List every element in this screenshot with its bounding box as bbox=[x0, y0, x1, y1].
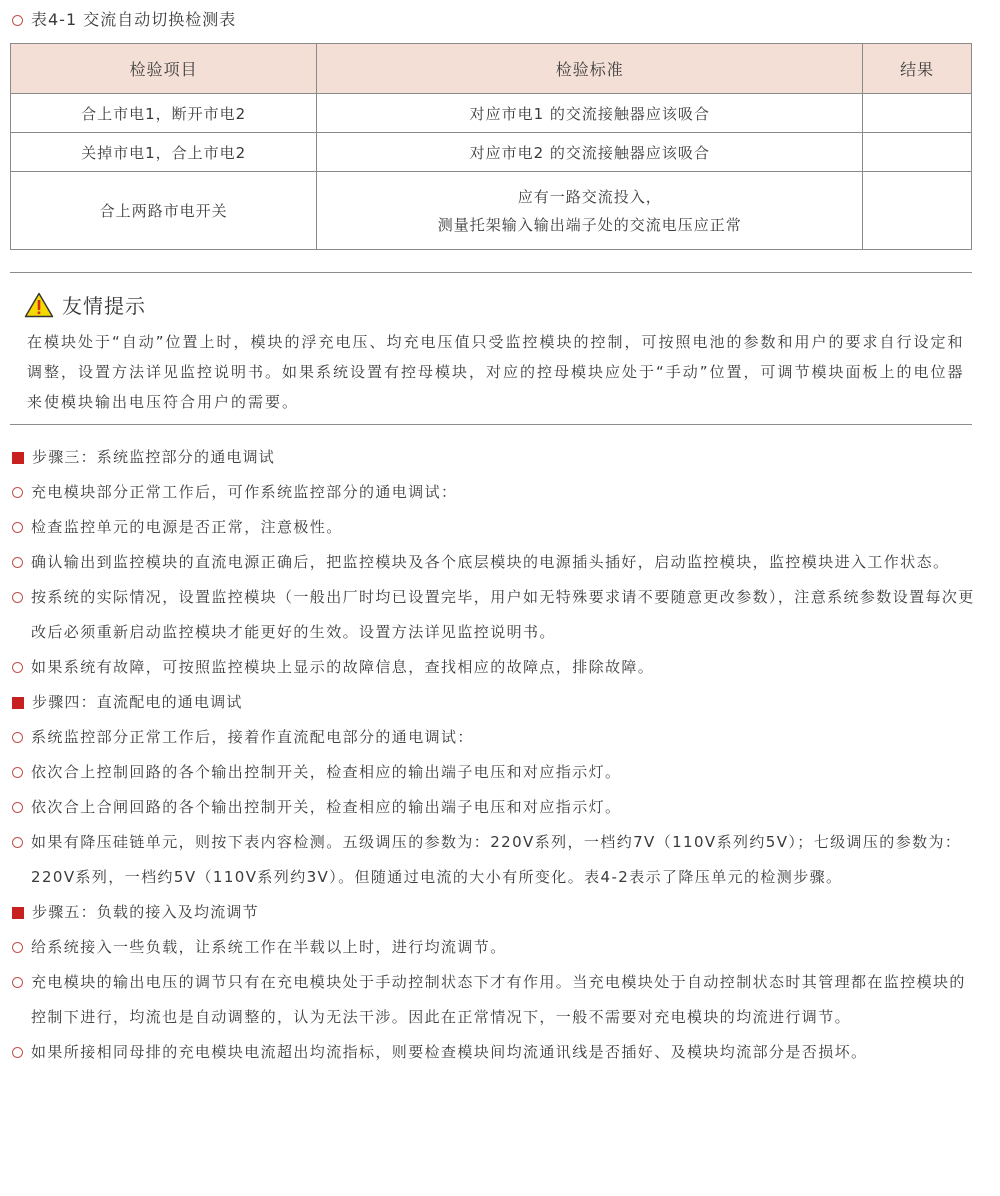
list-item: 依次合上合闸回路的各个输出控制开关，检查相应的输出端子电压和对应指示灯。 bbox=[12, 790, 977, 825]
square-bullet-icon bbox=[12, 452, 24, 464]
circle-bullet-icon bbox=[12, 487, 23, 498]
cell-standard: 对应市电2 的交流接触器应该吸合 bbox=[317, 133, 863, 172]
cell-item: 合上两路市电开关 bbox=[11, 172, 317, 250]
circle-bullet-icon bbox=[12, 15, 23, 26]
divider-bottom bbox=[10, 424, 972, 425]
cell-standard: 对应市电1 的交流接触器应该吸合 bbox=[317, 94, 863, 133]
section-heading: 步骤五：负载的接入及均流调节 bbox=[12, 895, 977, 930]
list-item: 充电模块的输出电压的调节只有在充电模块处于手动控制状态下才有作用。当充电模块处于… bbox=[12, 965, 977, 1035]
circle-bullet-icon bbox=[12, 557, 23, 568]
tip-body: 在模块处于“自动”位置上时，模块的浮充电压、均充电压值只受监控模块的控制，可按照… bbox=[27, 327, 977, 417]
table-caption: 表4-1 交流自动切换检测表 bbox=[12, 8, 236, 32]
section-heading-text: 步骤三：系统监控部分的通电调试 bbox=[32, 440, 977, 475]
circle-bullet-icon bbox=[12, 767, 23, 778]
cell-item: 合上市电1，断开市电2 bbox=[11, 94, 317, 133]
steps-content: 步骤三：系统监控部分的通电调试 充电模块部分正常工作后，可作系统监控部分的通电调… bbox=[12, 440, 977, 1070]
section-heading: 步骤三：系统监控部分的通电调试 bbox=[12, 440, 977, 475]
list-item: 充电模块部分正常工作后，可作系统监控部分的通电调试： bbox=[12, 475, 977, 510]
divider-top bbox=[10, 272, 972, 273]
square-bullet-icon bbox=[12, 697, 24, 709]
table-row: 关掉市电1，合上市电2 对应市电2 的交流接触器应该吸合 bbox=[11, 133, 972, 172]
header-result: 结果 bbox=[863, 44, 972, 94]
square-bullet-icon bbox=[12, 907, 24, 919]
list-item: 如果有降压硅链单元，则按下表内容检测。五级调压的参数为：220V系列，一档约7V… bbox=[12, 825, 977, 895]
list-item: 系统监控部分正常工作后，接着作直流配电部分的通电调试： bbox=[12, 720, 977, 755]
circle-bullet-icon bbox=[12, 1047, 23, 1058]
list-item: 给系统接入一些负载，让系统工作在半载以上时，进行均流调节。 bbox=[12, 930, 977, 965]
list-item: 检查监控单元的电源是否正常，注意极性。 bbox=[12, 510, 977, 545]
list-item: 如果系统有故障，可按照监控模块上显示的故障信息，查找相应的故障点，排除故障。 bbox=[12, 650, 977, 685]
section-heading-text: 步骤四：直流配电的通电调试 bbox=[32, 685, 977, 720]
cell-item: 关掉市电1，合上市电2 bbox=[11, 133, 317, 172]
section-heading-text: 步骤五：负载的接入及均流调节 bbox=[32, 895, 977, 930]
table-header-row: 检验项目 检验标准 结果 bbox=[11, 44, 972, 94]
circle-bullet-icon bbox=[12, 942, 23, 953]
cell-result[interactable] bbox=[863, 94, 972, 133]
warning-triangle-icon bbox=[24, 292, 54, 318]
tip-title: 友情提示 bbox=[62, 290, 146, 319]
list-item: 依次合上控制回路的各个输出控制开关，检查相应的输出端子电压和对应指示灯。 bbox=[12, 755, 977, 790]
circle-bullet-icon bbox=[12, 662, 23, 673]
list-item: 如果所接相同母排的充电模块电流超出均流指标，则要检查模块间均流通讯线是否插好、及… bbox=[12, 1035, 977, 1070]
cell-standard: 应有一路交流投入， 测量托架输入输出端子处的交流电压应正常 bbox=[317, 172, 863, 250]
table-row: 合上市电1，断开市电2 对应市电1 的交流接触器应该吸合 bbox=[11, 94, 972, 133]
tip-heading: 友情提示 bbox=[24, 290, 146, 319]
circle-bullet-icon bbox=[12, 592, 23, 603]
header-standard: 检验标准 bbox=[317, 44, 863, 94]
circle-bullet-icon bbox=[12, 522, 23, 533]
section-heading: 步骤四：直流配电的通电调试 bbox=[12, 685, 977, 720]
cell-standard-line: 测量托架输入输出端子处的交流电压应正常 bbox=[317, 211, 862, 239]
cell-result[interactable] bbox=[863, 133, 972, 172]
circle-bullet-icon bbox=[12, 837, 23, 848]
table-caption-text: 表4-1 交流自动切换检测表 bbox=[31, 8, 236, 32]
circle-bullet-icon bbox=[12, 732, 23, 743]
table-row: 合上两路市电开关 应有一路交流投入， 测量托架输入输出端子处的交流电压应正常 bbox=[11, 172, 972, 250]
header-item: 检验项目 bbox=[11, 44, 317, 94]
ac-switch-check-table: 检验项目 检验标准 结果 合上市电1，断开市电2 对应市电1 的交流接触器应该吸… bbox=[10, 43, 972, 250]
cell-standard-line: 应有一路交流投入， bbox=[317, 183, 862, 211]
circle-bullet-icon bbox=[12, 977, 23, 988]
list-item: 确认输出到监控模块的直流电源正确后，把监控模块及各个底层模块的电源插头插好，启动… bbox=[12, 545, 977, 580]
cell-result[interactable] bbox=[863, 172, 972, 250]
circle-bullet-icon bbox=[12, 802, 23, 813]
list-item: 按系统的实际情况，设置监控模块（一般出厂时均已设置完毕，用户如无特殊要求请不要随… bbox=[12, 580, 977, 650]
